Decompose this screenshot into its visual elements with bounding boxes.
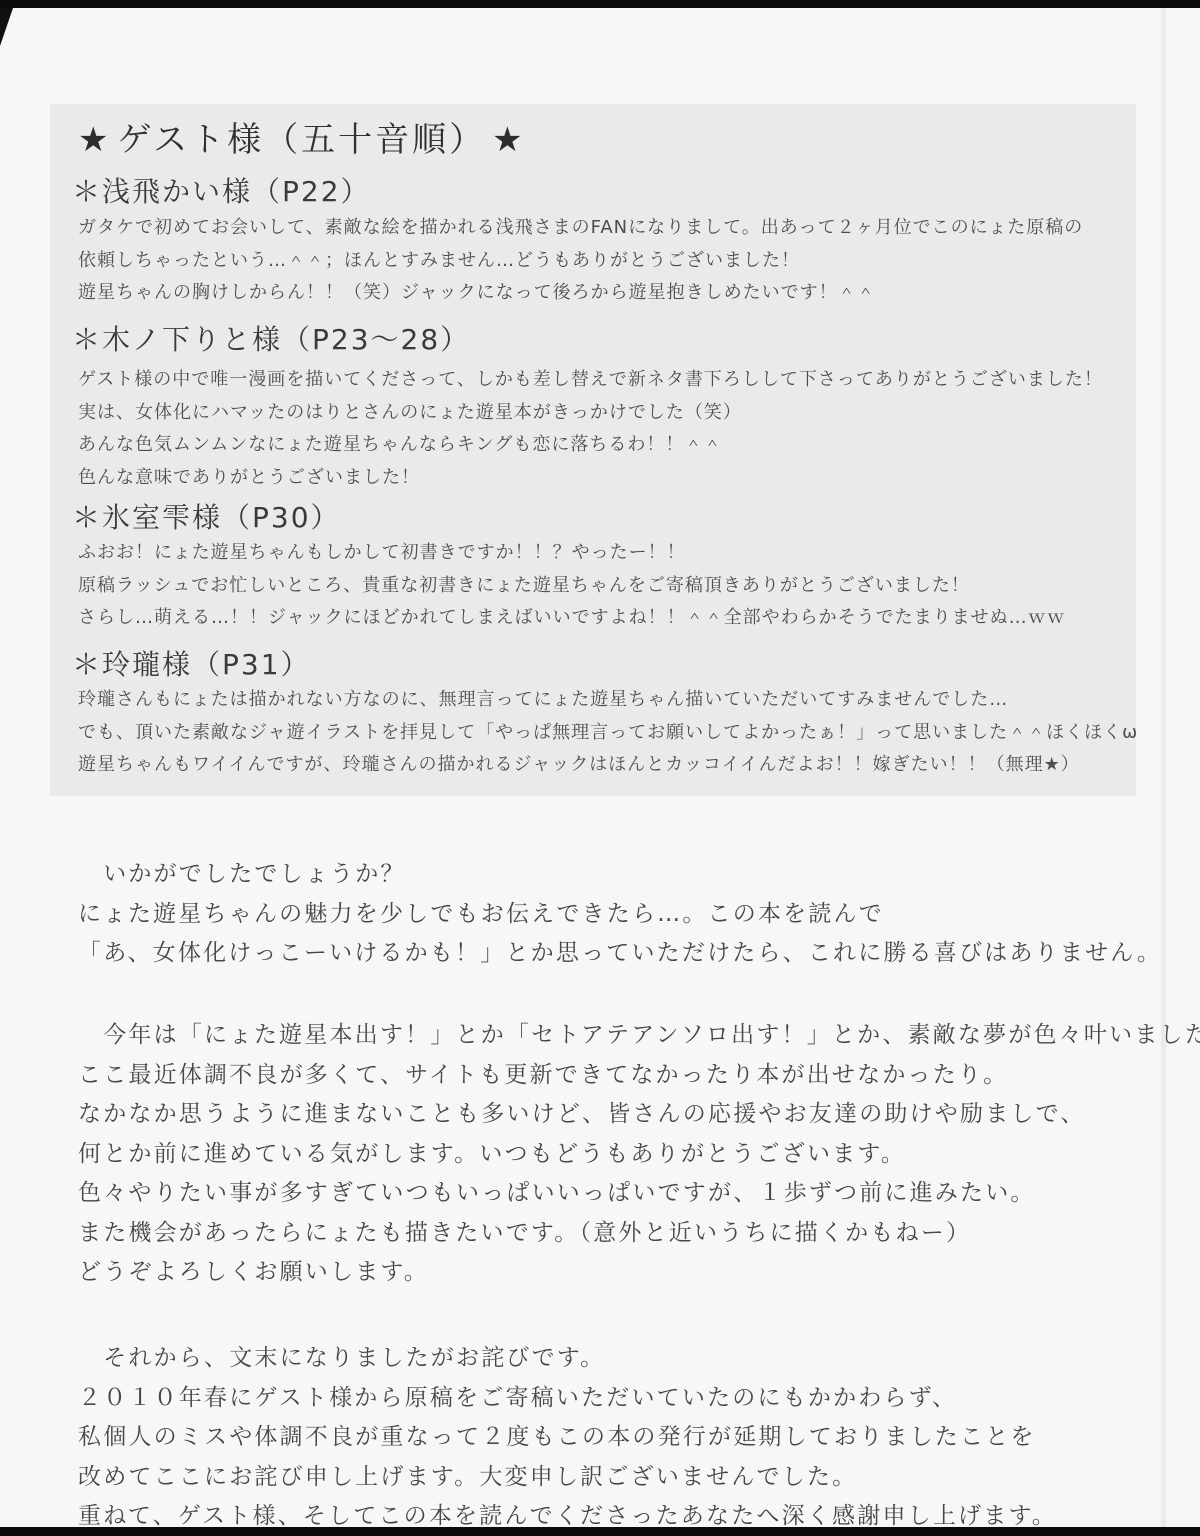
asterisk-icon: ＊ bbox=[72, 323, 102, 356]
comment-line: 実は、女体化にハマッたのはりとさんのにょた遊星本がきっかけでした（笑） bbox=[78, 397, 1103, 430]
afterword-line: 「あ、女体化けっこーいけるかも！」とか思っていただけたら、これに勝る喜びはありま… bbox=[78, 934, 1162, 974]
comment-line: ガタケで初めてお会いして、素敵な絵を描かれる浅飛さまのFANになりまして。出あっ… bbox=[78, 212, 1083, 245]
comment-line: 玲瓏さんもにょたは描かれない方なのに、無理言ってにょた遊星ちゃん描いていただいて… bbox=[78, 684, 1138, 717]
guest-name-text: 氷室雫様（P30） bbox=[102, 501, 341, 534]
comment-line: 色んな意味でありがとうございました！ bbox=[78, 462, 1103, 495]
comment-line: 遊星ちゃんもワイイんですが、玲瓏さんの描かれるジャックはほんとカッコイイんだよお… bbox=[78, 749, 1138, 782]
guest-comment: ゲスト様の中で唯一漫画を描いてくださって、しかも差し替えで新ネタ書下ろしして下さ… bbox=[78, 364, 1103, 494]
star-icon: ★ bbox=[486, 120, 531, 160]
page-fold-line bbox=[1161, 8, 1166, 1527]
afterword-paragraph: 今年は「にょた遊星本出す！」とか「セトアテアンソロ出す！」とか、素敵な夢が色々叶… bbox=[78, 1016, 1200, 1293]
guest-section-title-text: ゲスト様（五十音順） bbox=[117, 120, 486, 160]
comment-line: 原稿ラッシュでお忙しいところ、貴重な初書きにょた遊星ちゃんをご寄稿頂きありがとう… bbox=[78, 570, 1066, 603]
guest-name-text: 玲瓏様（P31） bbox=[102, 648, 311, 681]
star-icon: ★ bbox=[72, 120, 117, 160]
guest-comment: 玲瓏さんもにょたは描かれない方なのに、無理言ってにょた遊星ちゃん描いていただいて… bbox=[78, 684, 1138, 782]
guest-comment: ガタケで初めてお会いして、素敵な絵を描かれる浅飛さまのFANになりまして。出あっ… bbox=[78, 212, 1083, 310]
afterword-line: 今年は「にょた遊星本出す！」とか「セトアテアンソロ出す！」とか、素敵な夢が色々叶… bbox=[78, 1016, 1200, 1056]
afterword-line: 何とか前に進めている気がします。いつもどうもありがとうございます。 bbox=[78, 1135, 1200, 1175]
afterword-paragraph: それから、文末になりましたがお詫びです。 ２０１０年春にゲスト様から原稿をご寄稿… bbox=[78, 1339, 1057, 1536]
afterword-line: にょた遊星ちゃんの魅力を少しでもお伝えできたら…。この本を読んで bbox=[78, 895, 1162, 935]
afterword-line: 重ねて、ゲスト様、そしてこの本を読んでくださったあなたへ深く感謝申し上げます。 bbox=[78, 1497, 1057, 1536]
comment-line: さらし…萌える…！！ジャックにほどかれてしまえばいいですよね！！＾＾全部やわらか… bbox=[78, 602, 1066, 635]
guest-name-text: 浅飛かい様（P22） bbox=[102, 175, 371, 208]
guest-name-heading: ＊玲瓏様（P31） bbox=[72, 643, 311, 683]
afterword-paragraph: いかがでしたでしょうか？ にょた遊星ちゃんの魅力を少しでもお伝えできたら…。この… bbox=[78, 855, 1162, 974]
afterword-line: 改めてここにお詫び申し上げます。大変申し訳ございませんでした。 bbox=[78, 1458, 1057, 1498]
afterword-line: 色々やりたい事が多すぎていつもいっぱいいっぱいですが、１歩ずつ前に進みたい。 bbox=[78, 1174, 1200, 1214]
afterword-line: また機会があったらにょたも描きたいです。（意外と近いうちに描くかもねー） bbox=[78, 1214, 1200, 1254]
guest-name-heading: ＊氷室雫様（P30） bbox=[72, 496, 341, 536]
comment-line: ゲスト様の中で唯一漫画を描いてくださって、しかも差し替えで新ネタ書下ろしして下さ… bbox=[78, 364, 1103, 397]
asterisk-icon: ＊ bbox=[72, 648, 102, 681]
afterword-line: ここ最近体調不良が多くて、サイトも更新できてなかったり本が出せなかったり。 bbox=[78, 1056, 1200, 1096]
asterisk-icon: ＊ bbox=[72, 501, 102, 534]
guest-comment: ふおお！にょた遊星ちゃんもしかして初書きですか！！？やったー！！ 原稿ラッシュで… bbox=[78, 537, 1066, 635]
afterword-line: どうぞよろしくお願いします。 bbox=[78, 1253, 1200, 1293]
afterword-line: それから、文末になりましたがお詫びです。 bbox=[78, 1339, 1057, 1379]
asterisk-icon: ＊ bbox=[72, 175, 102, 208]
comment-line: でも、頂いた素敵なジャ遊イラストを拝見して「やっぱ無理言ってお願いしてよかったぁ… bbox=[78, 717, 1138, 750]
comment-line: 依頼しちゃったという…＾＾；ほんとすみません…どうもありがとうございました！ bbox=[78, 245, 1083, 278]
afterword-line: 私個人のミスや体調不良が重なって２度もこの本の発行が延期しておりましたことを bbox=[78, 1418, 1057, 1458]
comment-line: 遊星ちゃんの胸けしからん！！（笑）ジャックになって後ろから遊星抱きしめたいです！… bbox=[78, 277, 1083, 310]
guest-name-heading: ＊浅飛かい様（P22） bbox=[72, 170, 371, 210]
guest-name-heading: ＊木ノ下りと様（P23～28） bbox=[72, 318, 470, 358]
comment-line: あんな色気ムンムンなにょた遊星ちゃんならキングも恋に落ちるわ！！＾＾ bbox=[78, 429, 1103, 462]
comment-line: ふおお！にょた遊星ちゃんもしかして初書きですか！！？やったー！！ bbox=[78, 537, 1066, 570]
afterword-line: なかなか思うように進まないことも多いけど、皆さんの応援やお友達の助けや励ましで、 bbox=[78, 1095, 1200, 1135]
afterword-line: いかがでしたでしょうか？ bbox=[78, 855, 1162, 895]
scan-edge-top bbox=[0, 0, 1200, 8]
guest-section-title: ★ゲスト様（五十音順）★ bbox=[72, 112, 532, 161]
scanned-afterword-page: ★ゲスト様（五十音順）★ ＊浅飛かい様（P22） ガタケで初めてお会いして、素敵… bbox=[0, 0, 1200, 1536]
scan-corner-top-left bbox=[0, 8, 13, 46]
guest-name-text: 木ノ下りと様（P23～28） bbox=[102, 323, 470, 356]
afterword-line: ２０１０年春にゲスト様から原稿をご寄稿いただいていたのにもかかわらず、 bbox=[78, 1379, 1057, 1419]
